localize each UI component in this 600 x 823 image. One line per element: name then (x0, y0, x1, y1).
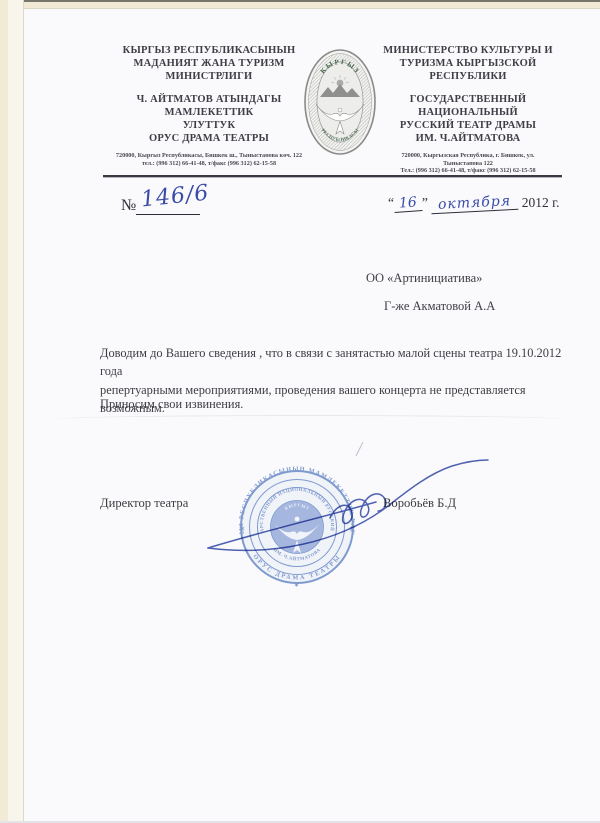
ministry-name-ru-line: МИНИСТЕРСТВО КУЛЬТУРЫ И (382, 44, 554, 57)
ministry-name-kg-line: КЫРГЫЗ РЕСПУБЛИКАСЫНЫН (106, 44, 312, 57)
theater-name-ru-line: РУССКИЙ ТЕАТР ДРАМЫ (382, 119, 554, 132)
apology-paragraph: Приносим свои извинения. (100, 397, 243, 412)
theater-name-kg-line: МАМЛЕКЕТТИК (106, 106, 312, 119)
ministry-name-ru-line: ТУРИЗМА КЫРГЫЗСКОЙ (382, 57, 554, 70)
letterhead-divider-rule (103, 175, 562, 177)
scan-edge-top-cream (0, 2, 600, 9)
doc-number-handwritten: 146/6 (140, 180, 211, 212)
theater-name-kg-line: ОРУС ДРАМА ТЕАТРЫ (106, 132, 312, 145)
theater-name-ru-line: ИМ. Ч.АЙТМАТОВА (382, 132, 554, 145)
recipient-person: Г-же Акматовой А.А (384, 299, 495, 314)
scanned-letter-page: КЫРГЫЗ РЕСПУБЛИКАСЫНЫН МАДАНИЯТ ЖАНА ТУР… (0, 0, 600, 823)
date-line: “16” октября 2012 г. (388, 195, 559, 212)
recipient-organization: ОО «Артинициатива» (366, 271, 482, 286)
address-kg-line: 720000, Кыргыз Республикасы, Бишкек ш., … (106, 152, 312, 160)
ministry-name-kg-line: МАДАНИЯТ ЖАНА ТУРИЗМ (106, 57, 312, 70)
stamp-star-bottom-icon: ✶ (294, 582, 299, 589)
doc-number-label: № (121, 197, 136, 215)
address-ru-line: Тел.: (996 312) 66-41-48, т/факс (996 31… (382, 167, 554, 175)
signature-scrawl (180, 440, 500, 570)
ministry-name-kg-line: МИНИСТРЛИГИ (106, 70, 312, 83)
date-quote-close: ” (422, 195, 428, 210)
theater-name-kg-line: УЛУТТУК (106, 119, 312, 132)
letterhead-kyrgyz: КЫРГЫЗ РЕСПУБЛИКАСЫНЫН МАДАНИЯТ ЖАНА ТУР… (106, 44, 312, 167)
theater-name-ru-line: НАЦИОНАЛЬНЫЙ (382, 106, 554, 119)
date-year: 2012 г. (522, 195, 560, 210)
director-title: Директор театра (100, 496, 188, 511)
kyrgyz-coat-of-arms-emblem: КЫРГЫЗ РЕСПУБЛИКАСЫ (301, 46, 379, 158)
scan-edge-left-inner (8, 0, 24, 823)
theater-name-kg-line: Ч. АЙТМАТОВ АТЫНДАГЫ (106, 93, 312, 106)
theater-name-ru-line: ГОСУДАРСТВЕННЫЙ (382, 93, 554, 106)
letterhead-russian: МИНИСТЕРСТВО КУЛЬТУРЫ И ТУРИЗМА КЫРГЫЗСК… (382, 44, 554, 175)
body-line: Доводим до Вашего сведения , что в связи… (100, 344, 580, 381)
date-day-handwritten: 16 (393, 194, 422, 213)
date-month-handwritten: октября (431, 193, 519, 215)
address-ru-line: 720000, Кыргызская Республика, г. Бишкек… (382, 152, 554, 167)
scan-edge-left (0, 0, 8, 823)
paper-crease (55, 415, 565, 424)
ministry-name-ru-line: РЕСПУБЛИКИ (382, 70, 554, 83)
pencil-mark (356, 442, 363, 456)
address-kg-line: тел.: (996 312) 66-41-48, т/факс (996 31… (106, 160, 312, 168)
doc-number-underline (136, 214, 200, 215)
